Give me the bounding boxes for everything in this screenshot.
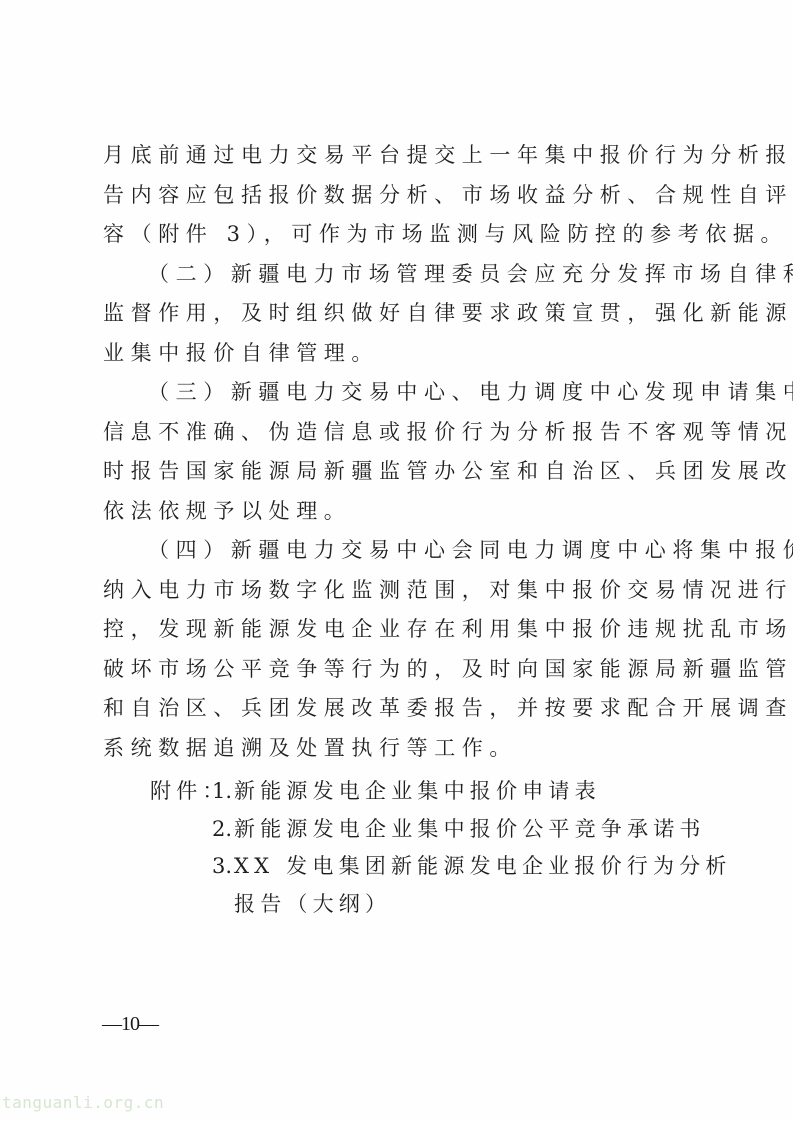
- paragraph-continued: 月底前通过电力交易平台提交上一年集中报价行为分析报告，报 告内容应包括报价数据分…: [103, 136, 693, 255]
- text-line: 控，发现新能源发电企业存在利用集中报价违规扰乱市场秩序、: [103, 610, 693, 650]
- text-line: （二）新疆电力市场管理委员会应充分发挥市场自律和社会: [103, 255, 693, 295]
- text-line: 业集中报价自律管理。: [103, 334, 693, 374]
- attachments-list: 附件： 1. 新能源发电企业集中报价申请表 2. 新能源发电企业集中报价公平竞争…: [150, 773, 710, 923]
- attachment-number: 2.: [212, 811, 232, 849]
- text-line: 告内容应包括报价数据分析、市场收益分析、合规性自评估等内: [103, 176, 693, 216]
- page-number: —10—: [102, 1011, 158, 1037]
- watermark: tanguanli.org.cn: [2, 1092, 164, 1114]
- attachment-number: 1.: [212, 773, 232, 811]
- attachment-title: 新能源发电企业集中报价申请表: [234, 773, 601, 811]
- paragraph-2: （二）新疆电力市场管理委员会应充分发挥市场自律和社会 监督作用，及时组织做好自律…: [103, 255, 693, 374]
- text-line: 月底前通过电力交易平台提交上一年集中报价行为分析报告，报: [103, 136, 693, 176]
- text-line: （四）新疆电力交易中心会同电力调度中心将集中报价交易: [103, 531, 693, 571]
- text-line: 时报告国家能源局新疆监管办公室和自治区、兵团发展改革委，: [103, 452, 693, 492]
- text-line: 信息不准确、伪造信息或报价行为分析报告不客观等情况，须及: [103, 413, 693, 453]
- document-page: 月底前通过电力交易平台提交上一年集中报价行为分析报告，报 告内容应包括报价数据分…: [0, 0, 793, 1121]
- text-line: 系统数据追溯及处置执行等工作。: [103, 729, 693, 769]
- attachment-item-2: 2. 新能源发电企业集中报价公平竞争承诺书: [150, 811, 710, 849]
- text-line: 和自治区、兵团发展改革委报告，并按要求配合开展调查取证、: [103, 689, 693, 729]
- text-line: 容（附件 3），可作为市场监测与风险防控的参考依据。: [103, 215, 693, 255]
- attachment-item-3: 3. XX 发电集团新能源发电企业报价行为分析: [150, 848, 710, 886]
- text-line: （三）新疆电力交易中心、电力调度中心发现申请集中报价: [103, 373, 693, 413]
- attachment-title-continuation: 报告（大纲）: [234, 886, 391, 924]
- attachment-title: XX 发电集团新能源发电企业报价行为分析: [234, 848, 732, 886]
- attachment-item-1: 附件： 1. 新能源发电企业集中报价申请表: [150, 773, 710, 811]
- text-line: 纳入电力市场数字化监测范围，对集中报价交易情况进行动态监: [103, 571, 693, 611]
- text-line: 依法依规予以处理。: [103, 492, 693, 532]
- document-body: 月底前通过电力交易平台提交上一年集中报价行为分析报告，报 告内容应包括报价数据分…: [103, 136, 693, 768]
- paragraph-4: （四）新疆电力交易中心会同电力调度中心将集中报价交易 纳入电力市场数字化监测范围…: [103, 531, 693, 768]
- paragraph-3: （三）新疆电力交易中心、电力调度中心发现申请集中报价 信息不准确、伪造信息或报价…: [103, 373, 693, 531]
- attachment-number: 3.: [212, 848, 232, 886]
- attachment-item-3-continuation: 报告（大纲）: [150, 886, 710, 924]
- text-line: 监督作用，及时组织做好自律要求政策宣贯，强化新能源发电企: [103, 294, 693, 334]
- text-line: 破坏市场公平竞争等行为的，及时向国家能源局新疆监管办公室: [103, 650, 693, 690]
- attachment-title: 新能源发电企业集中报价公平竞争承诺书: [234, 811, 706, 849]
